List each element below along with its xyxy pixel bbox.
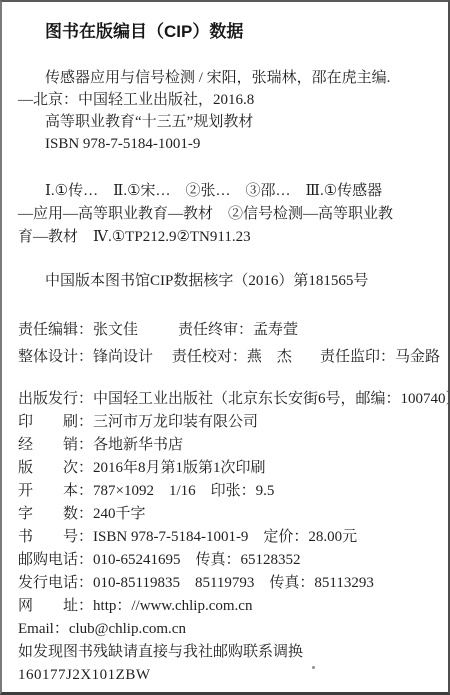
staff-label: 整体设计 [18,349,78,365]
publication-value: 010-65241695 传真：65128352 [93,552,301,568]
publication-label: 印 刷 [18,414,78,430]
colon-separator: ： [54,621,69,637]
publication-label: 字 数 [18,506,78,522]
staff-label: 责任编辑 [18,322,78,338]
publication-value: 各地新华书店 [93,437,183,453]
scan-speck [312,666,315,669]
colon-separator: ： [78,506,93,522]
cip-header-title: 图书在版编目（CIP）数据 [45,22,440,42]
publication-label: Email [18,621,54,637]
staff-value: 张文佳 [93,322,138,338]
publication-label: 出版发行 [18,391,78,407]
publication-row-website: 网 址：http：//www.chlip.com.cn [18,595,440,618]
colon-separator: ： [78,529,93,545]
classification-line: —应用—高等职业教育—教材 ②信号检测—高等职业教 [18,203,440,226]
publication-value: 三河市万龙印装有限公司 [93,414,258,430]
publication-label: 开 本 [18,483,78,499]
staff-entry-proofreader: 责任校对：燕 杰 [172,344,320,371]
publication-row-format: 开 本：787×1092 1/16 印张：9.5 [18,480,440,503]
publication-value: 787×1092 1/16 印张：9.5 [93,483,274,499]
staff-entry-print-supervisor: 责任监印：马金路 [320,344,440,371]
publication-label: 书 号 [18,529,78,545]
publication-label: 版 次 [18,460,78,476]
colon-separator: ： [78,391,93,407]
print-batch-code: 160177J2X101ZBW [18,664,440,687]
classification-line: 育—教材 Ⅳ.①TP212.9②TN911.23 [18,226,440,249]
staff-value: 燕 杰 [247,349,292,365]
publication-row-mailorder-phone: 邮购电话：010-65241695 传真：65128352 [18,549,440,572]
cip-title-line: 传感器应用与信号检测 / 宋阳，张瑞林，邵在虎主编. [18,67,440,89]
colon-separator: ： [238,322,253,338]
cip-isbn-line: ISBN 978-7-5184-1001-9 [18,133,440,155]
publication-value: http：//www.chlip.com.cn [93,598,252,614]
staff-label: 责任终审 [178,322,238,338]
cip-series-line: 高等职业教育“十三五”规划教材 [18,111,440,133]
publication-info-block: 出版发行：中国轻工业出版社（北京东长安街6号，邮编：100740） 印 刷：三河… [18,388,440,641]
publication-row-publisher: 出版发行：中国轻工业出版社（北京东长安街6号，邮编：100740） [18,388,440,411]
staff-credits-block: 责任编辑：张文佳 责任终审：孟寿萱 整体设计：锋尚设计 责任校对：燕 杰 责任监… [18,317,440,371]
publication-value: 240千字 [93,506,146,522]
colon-separator: ： [78,483,93,499]
staff-value: 锋尚设计 [93,349,153,365]
exchange-note: 如发现图书残缺请直接与我社邮购联系调换 [18,641,440,664]
colon-separator: ： [380,349,395,365]
classification-block: Ⅰ.①传… Ⅱ.①宋… ②张… ③邵… Ⅲ.①传感器 —应用—高等职业教育—教材… [18,180,440,249]
staff-value: 马金路 [395,349,440,365]
colon-separator: ： [78,575,93,591]
colon-separator: ： [78,437,93,453]
publication-row-email: Email：club@chlip.com.cn [18,618,440,641]
staff-label: 责任校对 [172,349,232,365]
colon-separator: ： [78,414,93,430]
cip-record-block: 传感器应用与信号检测 / 宋阳，张瑞林，邵在虎主编. —北京：中国轻工业出版社，… [18,67,440,155]
staff-entry-editor: 责任编辑：张文佳 [18,317,178,344]
staff-label: 责任监印 [320,349,380,365]
publication-value: 010-85119835 85119793 传真：85113293 [93,575,374,591]
colon-separator: ： [78,322,93,338]
colon-separator: ： [232,349,247,365]
publication-row-printer: 印 刷：三河市万龙印装有限公司 [18,411,440,434]
publication-row-isbn-price: 书 号：ISBN 978-7-5184-1001-9 定价：28.00元 [18,526,440,549]
colon-separator: ： [78,349,93,365]
cip-publisher-line: —北京：中国轻工业出版社，2016.8 [18,89,440,111]
publication-row-distributor: 经 销：各地新华书店 [18,434,440,457]
classification-line: Ⅰ.①传… Ⅱ.①宋… ②张… ③邵… Ⅲ.①传感器 [18,180,440,203]
publication-value: club@chlip.com.cn [69,621,186,637]
colon-separator: ： [78,598,93,614]
publication-row-edition: 版 次：2016年8月第1版第1次印刷 [18,457,440,480]
staff-row: 责任编辑：张文佳 责任终审：孟寿萱 [18,317,440,344]
publication-label: 网 址 [18,598,78,614]
publication-row-wordcount: 字 数：240千字 [18,503,440,526]
staff-value: 孟寿萱 [253,322,298,338]
staff-row: 整体设计：锋尚设计 责任校对：燕 杰 责任监印：马金路 [18,344,440,371]
book-copyright-page: 图书在版编目（CIP）数据 传感器应用与信号检测 / 宋阳，张瑞林，邵在虎主编.… [0,0,450,695]
cip-registration-number: 中国版本图书馆CIP数据核字（2016）第181565号 [18,270,440,293]
publication-label: 邮购电话 [18,552,78,568]
publication-label: 发行电话 [18,575,78,591]
publication-row-distribution-phone: 发行电话：010-85119835 85119793 传真：85113293 [18,572,440,595]
publication-label: 经 销 [18,437,78,453]
staff-entry-design: 整体设计：锋尚设计 [18,344,172,371]
publication-value: 2016年8月第1版第1次印刷 [93,460,266,476]
publication-value: 中国轻工业出版社（北京东长安街6号，邮编：100740） [93,391,450,407]
publication-value: ISBN 978-7-5184-1001-9 定价：28.00元 [93,529,357,545]
staff-entry-final-reviewer: 责任终审：孟寿萱 [178,317,298,344]
colon-separator: ： [78,460,93,476]
colon-separator: ： [78,552,93,568]
